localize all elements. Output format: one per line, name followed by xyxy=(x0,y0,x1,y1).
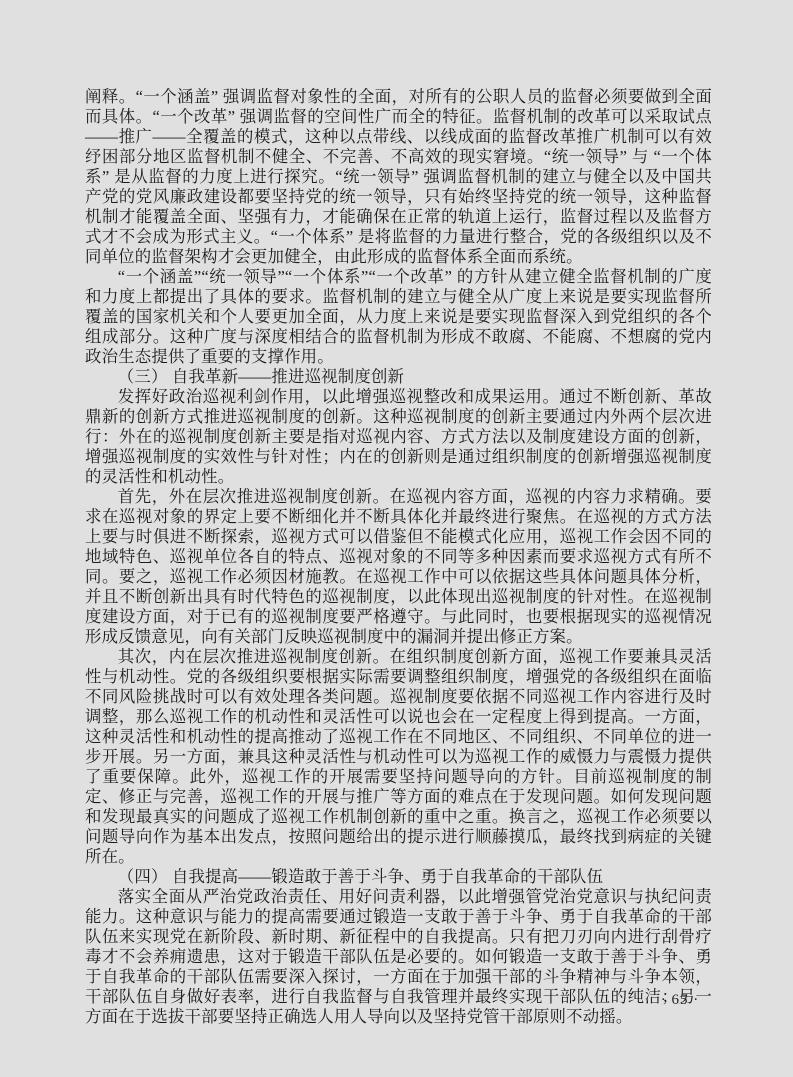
paragraph: 其次，内在层次推进巡视制度创新。在组织制度创新方面，巡视工作要兼具灵活性与机动性… xyxy=(85,647,712,867)
scanned-book-page: 阐释。“一个涵盖” 强调监督对象性的全面，对所有的公职人员的监督必须要做到全面而… xyxy=(0,0,793,1077)
paragraph: 阐释。“一个涵盖” 强调监督对象性的全面，对所有的公职人员的监督必须要做到全面而… xyxy=(85,87,712,267)
paragraph: 首先，外在层次推进巡视制度创新。在巡视内容方面，巡视的内容力求精确。要求在巡视对… xyxy=(85,487,712,647)
paragraph: 发挥好政治巡视利剑作用，以此增强巡视整改和成果运用。通过不断创新、革故鼎新的创新… xyxy=(85,387,712,487)
section-heading: （四） 自我提高——锻造敢于善于斗争、勇于自我革命的干部队伍 xyxy=(85,867,712,887)
page-number: · 65 · xyxy=(650,992,710,1009)
paragraph: 落实全面从严治党政治责任、用好问责利器，以此增强管党治党意识与执纪问责能力。这种… xyxy=(85,887,712,1027)
page-text: 阐释。“一个涵盖” 强调监督对象性的全面，对所有的公职人员的监督必须要做到全面而… xyxy=(85,87,712,1027)
paragraph: “一个涵盖”“统一领导”“一个体系”“一个改革” 的方针从建立健全监督机制的广度… xyxy=(85,267,712,367)
section-heading: （三） 自我革新——推进巡视制度创新 xyxy=(85,367,712,387)
